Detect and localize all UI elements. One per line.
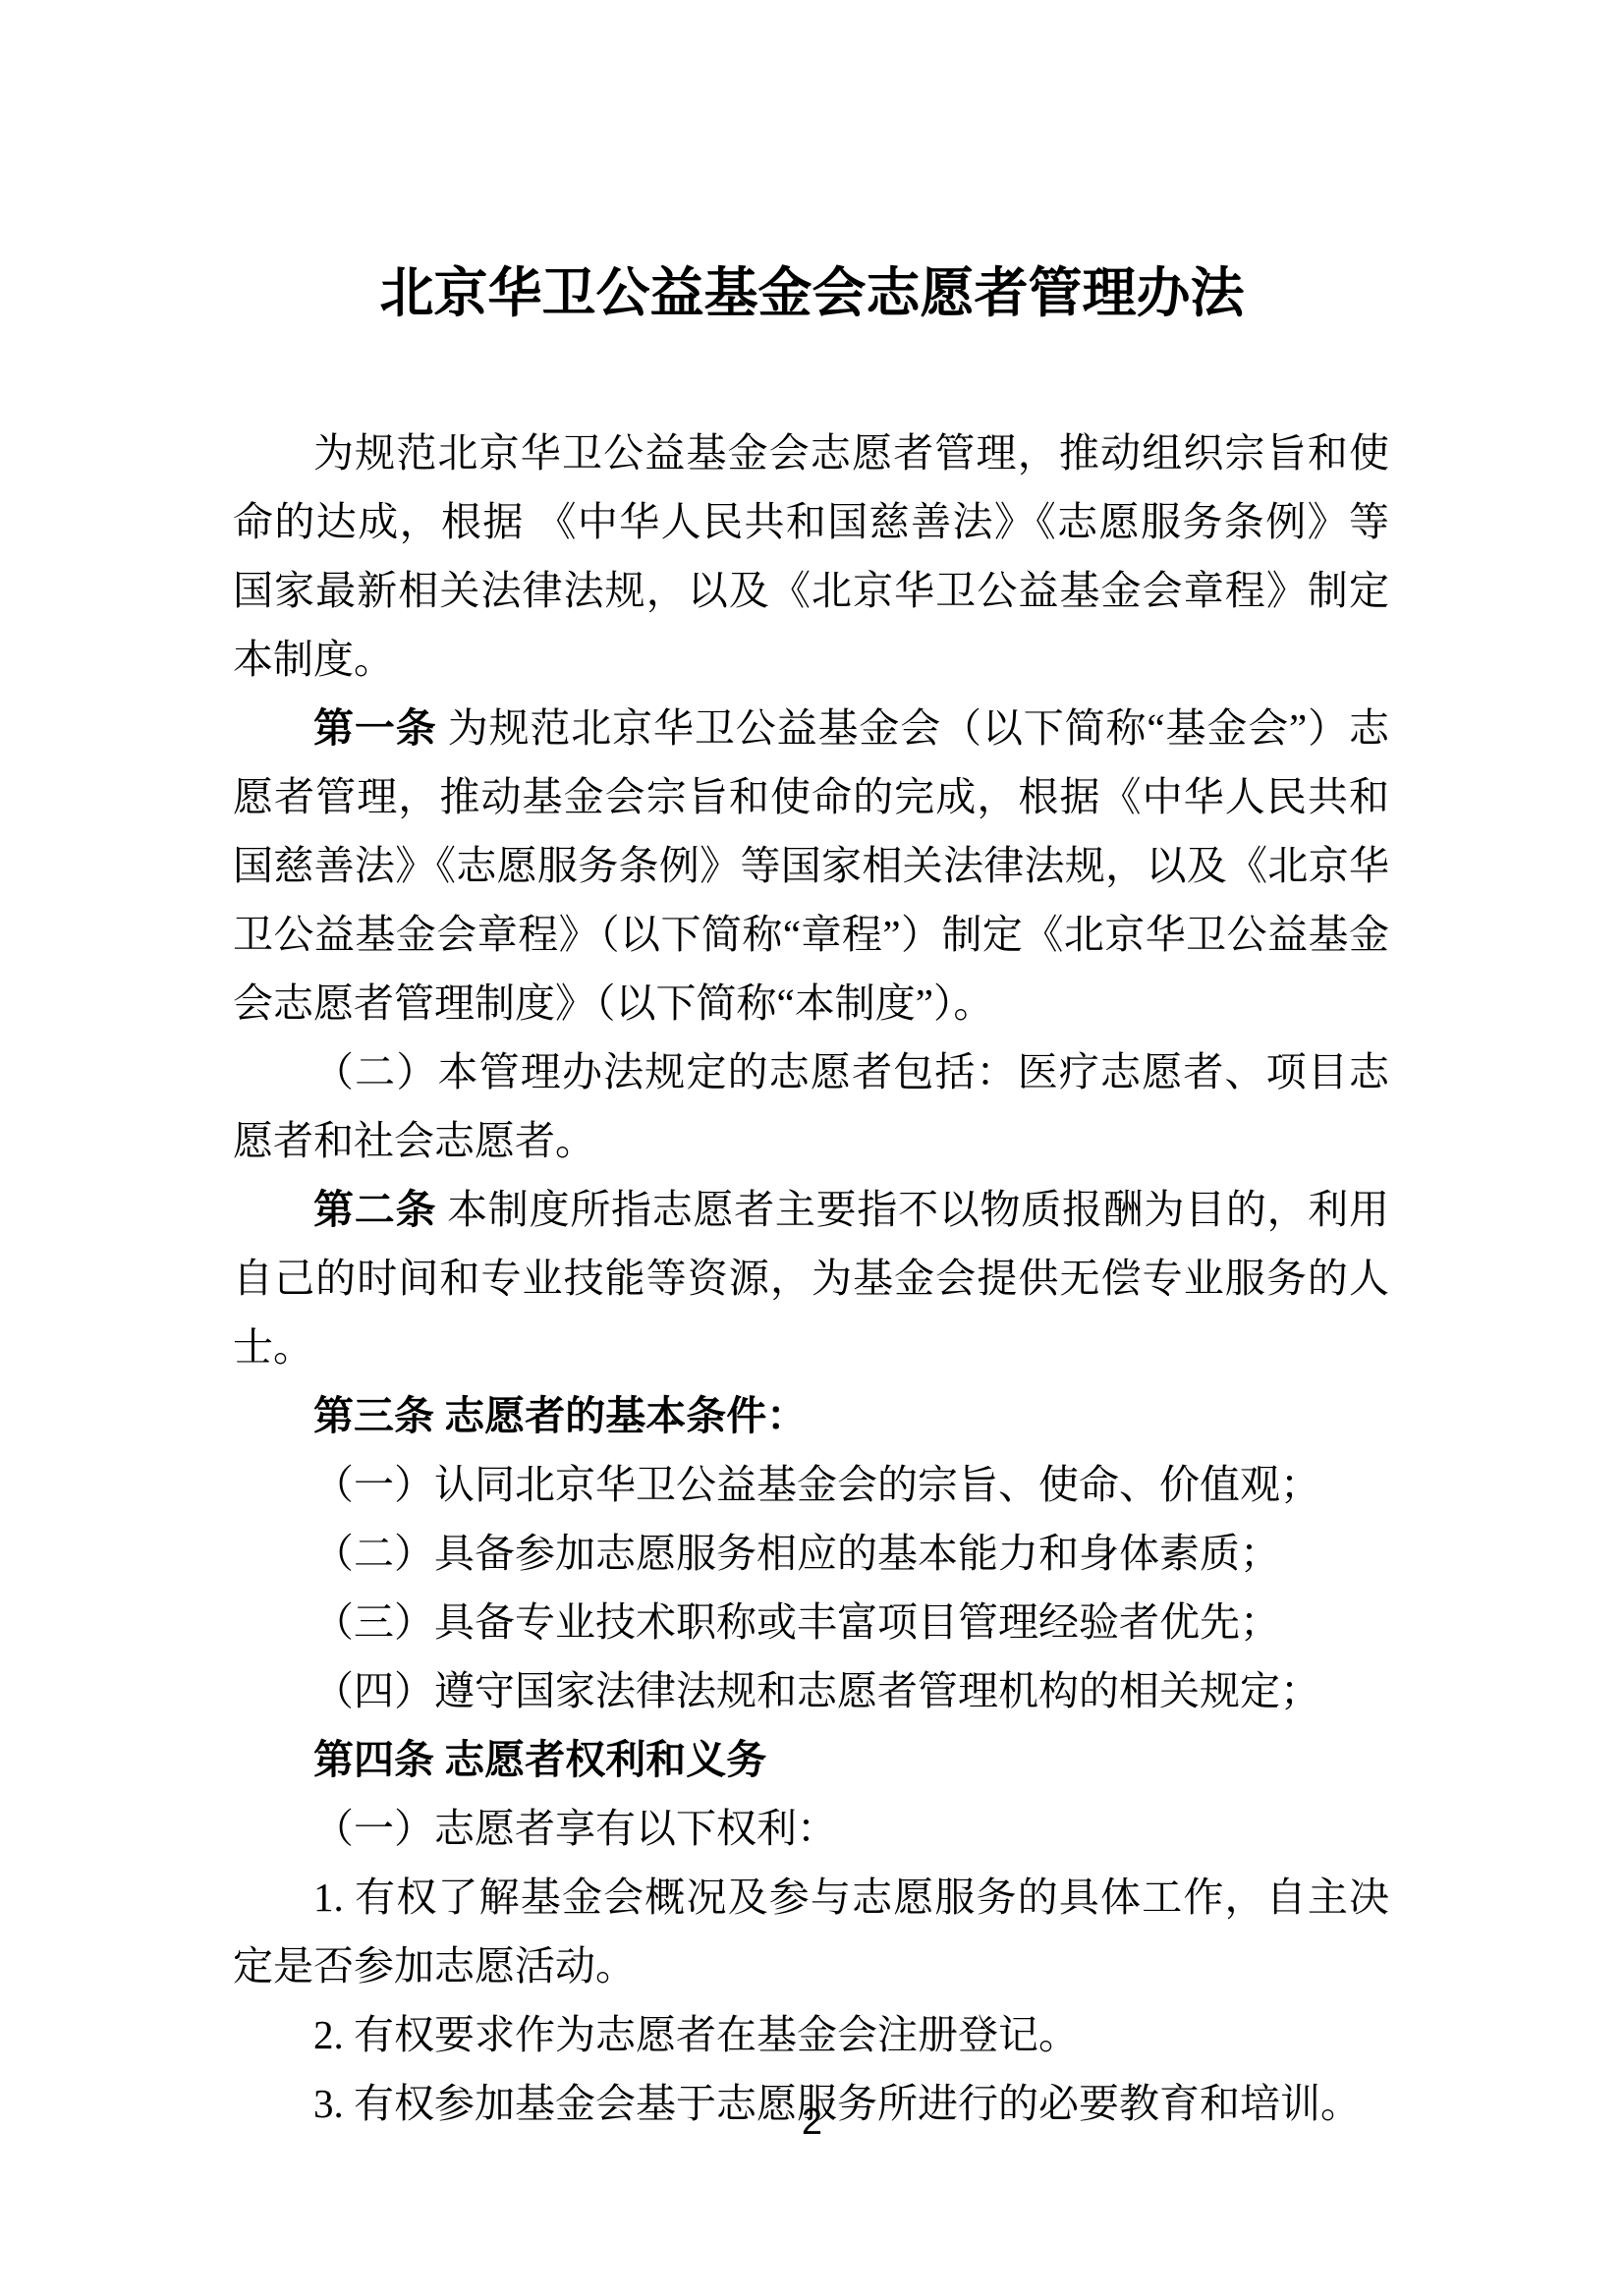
paragraph-bold-label: 第二条 bbox=[313, 1187, 436, 1232]
paragraph: （三）具备专业技术职称或丰富项目管理经验者优先； bbox=[233, 1588, 1389, 1656]
paragraph: 第一条 为规范北京华卫公益基金会（以下简称“基金会”）志愿者管理，推动基金会宗旨… bbox=[233, 694, 1389, 1037]
document-body: 为规范北京华卫公益基金会志愿者管理，推动组织宗旨和使命的达成，根据 《中华人民共… bbox=[233, 419, 1389, 2138]
paragraph: 为规范北京华卫公益基金会志愿者管理，推动组织宗旨和使命的达成，根据 《中华人民共… bbox=[233, 419, 1389, 694]
document-title: 北京华卫公益基金会志愿者管理办法 bbox=[0, 261, 1624, 326]
paragraph-bold-label: 第一条 bbox=[313, 705, 437, 751]
paragraph: 2. 有权要求作为志愿者在基金会注册登记。 bbox=[233, 2000, 1389, 2069]
paragraph: 第四条 志愿者权利和义务 bbox=[233, 1725, 1389, 1794]
document-page: 北京华卫公益基金会志愿者管理办法 为规范北京华卫公益基金会志愿者管理，推动组织宗… bbox=[0, 0, 1624, 2296]
paragraph: （二）本管理办法规定的志愿者包括：医疗志愿者、项目志愿者和社会志愿者。 bbox=[233, 1037, 1389, 1175]
paragraph: 第三条 志愿者的基本条件： bbox=[233, 1381, 1389, 1450]
paragraph-bold-label: 第四条 志愿者权利和义务 bbox=[313, 1737, 766, 1782]
paragraph: 第二条 本制度所指志愿者主要指不以物质报酬为目的，利用自己的时间和专业技能等资源… bbox=[233, 1175, 1389, 1381]
paragraph: （一）认同北京华卫公益基金会的宗旨、使命、价值观； bbox=[233, 1450, 1389, 1519]
paragraph: （一）志愿者享有以下权利： bbox=[233, 1794, 1389, 1863]
page-number: 2 bbox=[0, 2102, 1624, 2144]
paragraph: （二）具备参加志愿服务相应的基本能力和身体素质； bbox=[233, 1519, 1389, 1588]
paragraph-bold-label: 第三条 志愿者的基本条件： bbox=[313, 1393, 807, 1438]
paragraph: （四）遵守国家法律法规和志愿者管理机构的相关规定； bbox=[233, 1656, 1389, 1725]
paragraph: 1. 有权了解基金会概况及参与志愿服务的具体工作，自主决定是否参加志愿活动。 bbox=[233, 1863, 1389, 2000]
